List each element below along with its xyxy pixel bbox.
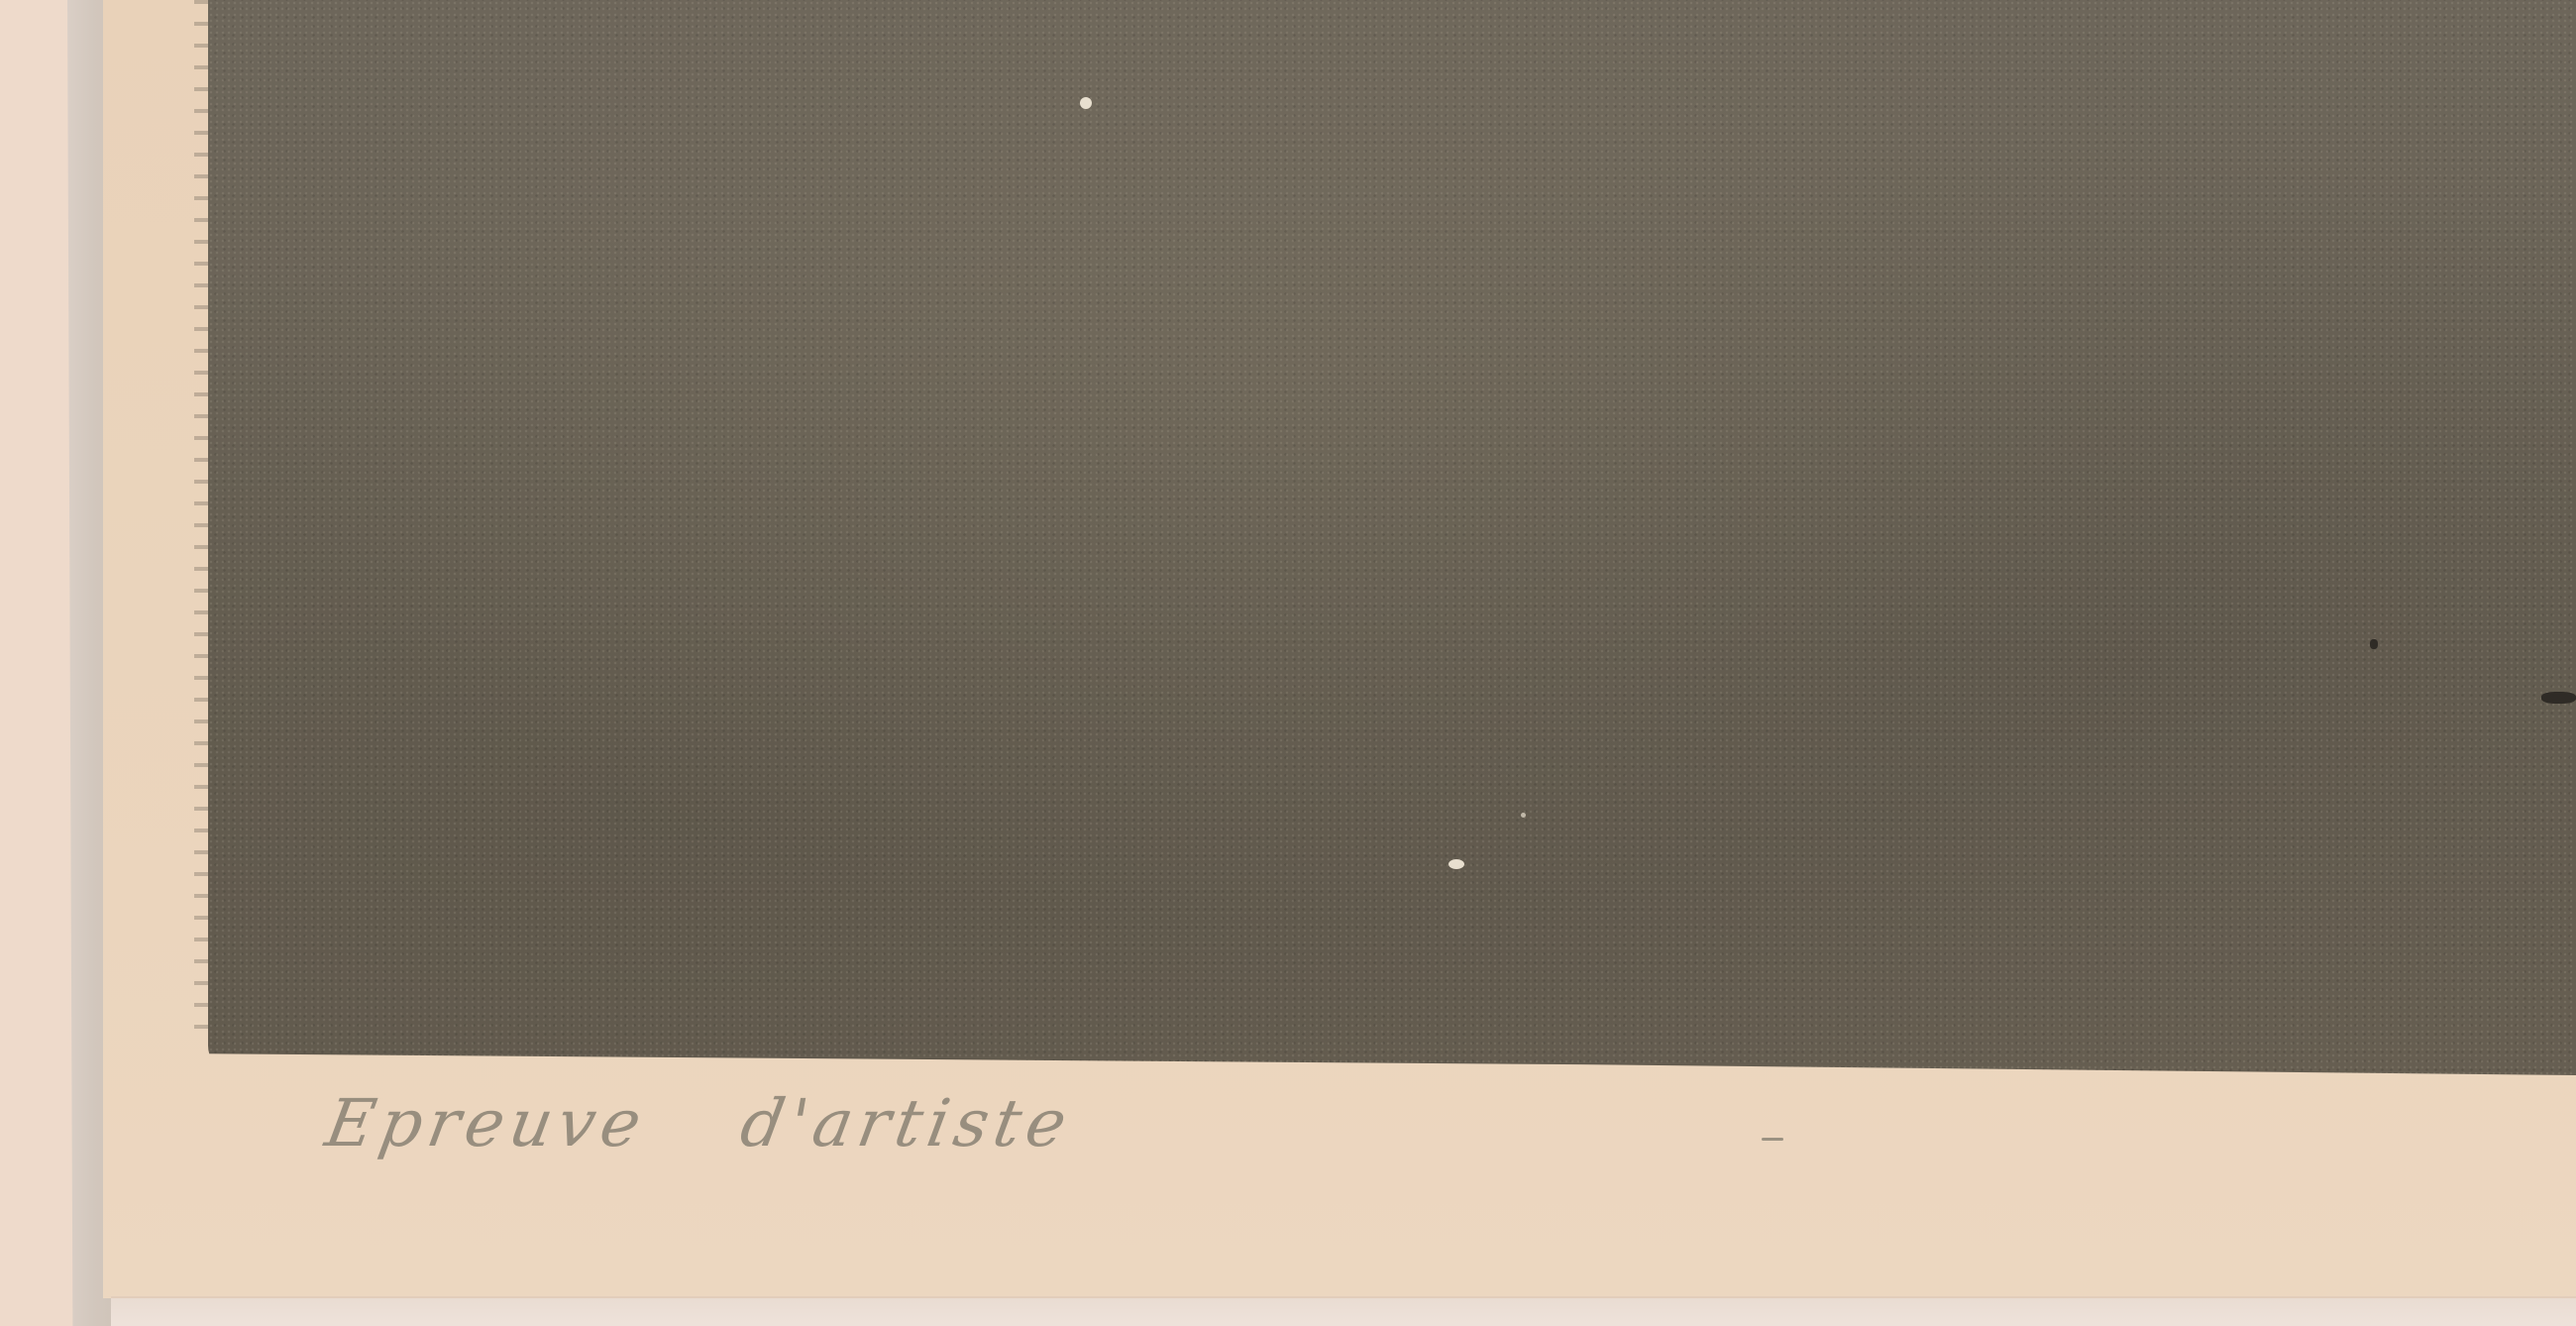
printed-plate-area bbox=[208, 0, 2576, 1075]
pencil-dash bbox=[1762, 1138, 1783, 1141]
bottom-mat bbox=[111, 1296, 2576, 1326]
plate-speck bbox=[1449, 859, 1464, 869]
plate-dark-mark bbox=[2370, 639, 2378, 649]
plate-edge-marks bbox=[194, 0, 208, 1041]
pencil-inscription: Epreuve d'artiste bbox=[320, 1085, 1078, 1161]
plate-speck bbox=[1080, 97, 1092, 109]
plate-speck bbox=[1521, 813, 1526, 818]
plate-dark-mark bbox=[2541, 692, 2576, 704]
